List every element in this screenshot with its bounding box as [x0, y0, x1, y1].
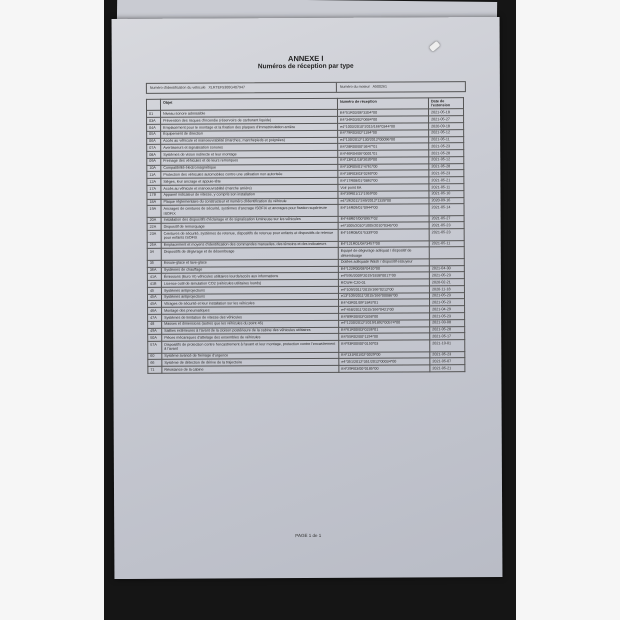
row-object: Ceintures de sécurité, systèmes de reten…: [161, 230, 338, 242]
staple-icon: [429, 41, 441, 52]
row-object: Dispositifs de dégivrage et de désembuag…: [161, 248, 338, 260]
row-approval-number: E4*93R00/00*0150*03: [339, 340, 430, 352]
document-subtitle: Numéros de réception par type: [112, 62, 500, 71]
col-approval-number: Numéro de réception: [337, 98, 428, 110]
row-date: 2021-10-01: [430, 340, 465, 352]
col-extension-date: Date de l'extension: [428, 98, 463, 110]
document-page: ANNEXE I Numéros de réception par type N…: [112, 17, 503, 579]
row-code: 57A: [148, 341, 162, 352]
row-approval-number: E4*14R09/01*0944*00: [338, 204, 429, 216]
background-left: [0, 0, 104, 620]
table-row: 71Résistance de la cabineE4*29R03/00*018…: [148, 365, 465, 373]
row-object: Dispositifs de protection contre l'encas…: [162, 340, 339, 352]
row-date: 2021-05-23: [429, 229, 464, 241]
row-date: [429, 247, 464, 259]
row-date: 2021-05-14: [429, 204, 464, 216]
engine-label: Numéro du moteur: [340, 85, 370, 89]
row-approval-number: Equipé de dégivrage adéquat / dispositif…: [338, 247, 429, 259]
row-approval-number: E4*16R08/01*5339*00: [338, 229, 429, 241]
col-code: [146, 99, 160, 110]
approval-table: Objet Numéro de réception Date de l'exte…: [146, 97, 465, 374]
page-footer: PAGE 1 de 1: [114, 532, 502, 539]
vin-value: XLRTEF5300G407947: [209, 85, 246, 89]
row-code: 71: [148, 366, 162, 373]
engine-cell: Numéro du moteur A500261: [337, 82, 465, 92]
row-date: 2021-05-21: [430, 365, 465, 372]
col-object: Objet: [160, 98, 337, 110]
row-code: 23A: [147, 231, 161, 242]
background-right: [516, 0, 620, 620]
vin-label: Numéro d'identification du véhicule: [150, 86, 206, 90]
row-object: Résistance de la cabine: [162, 365, 339, 373]
row-code: 19A: [147, 206, 161, 217]
vehicle-header: Numéro d'identification du véhicule XLRT…: [146, 81, 466, 94]
vin-cell: Numéro d'identification du véhicule XLRT…: [147, 83, 337, 93]
engine-value: A500261: [373, 85, 387, 89]
row-code: 34: [147, 249, 161, 260]
row-approval-number: E4*29R03/00*0185*00: [339, 365, 430, 372]
row-object: Ancrages de ceintures de sécurité, systè…: [161, 205, 338, 217]
